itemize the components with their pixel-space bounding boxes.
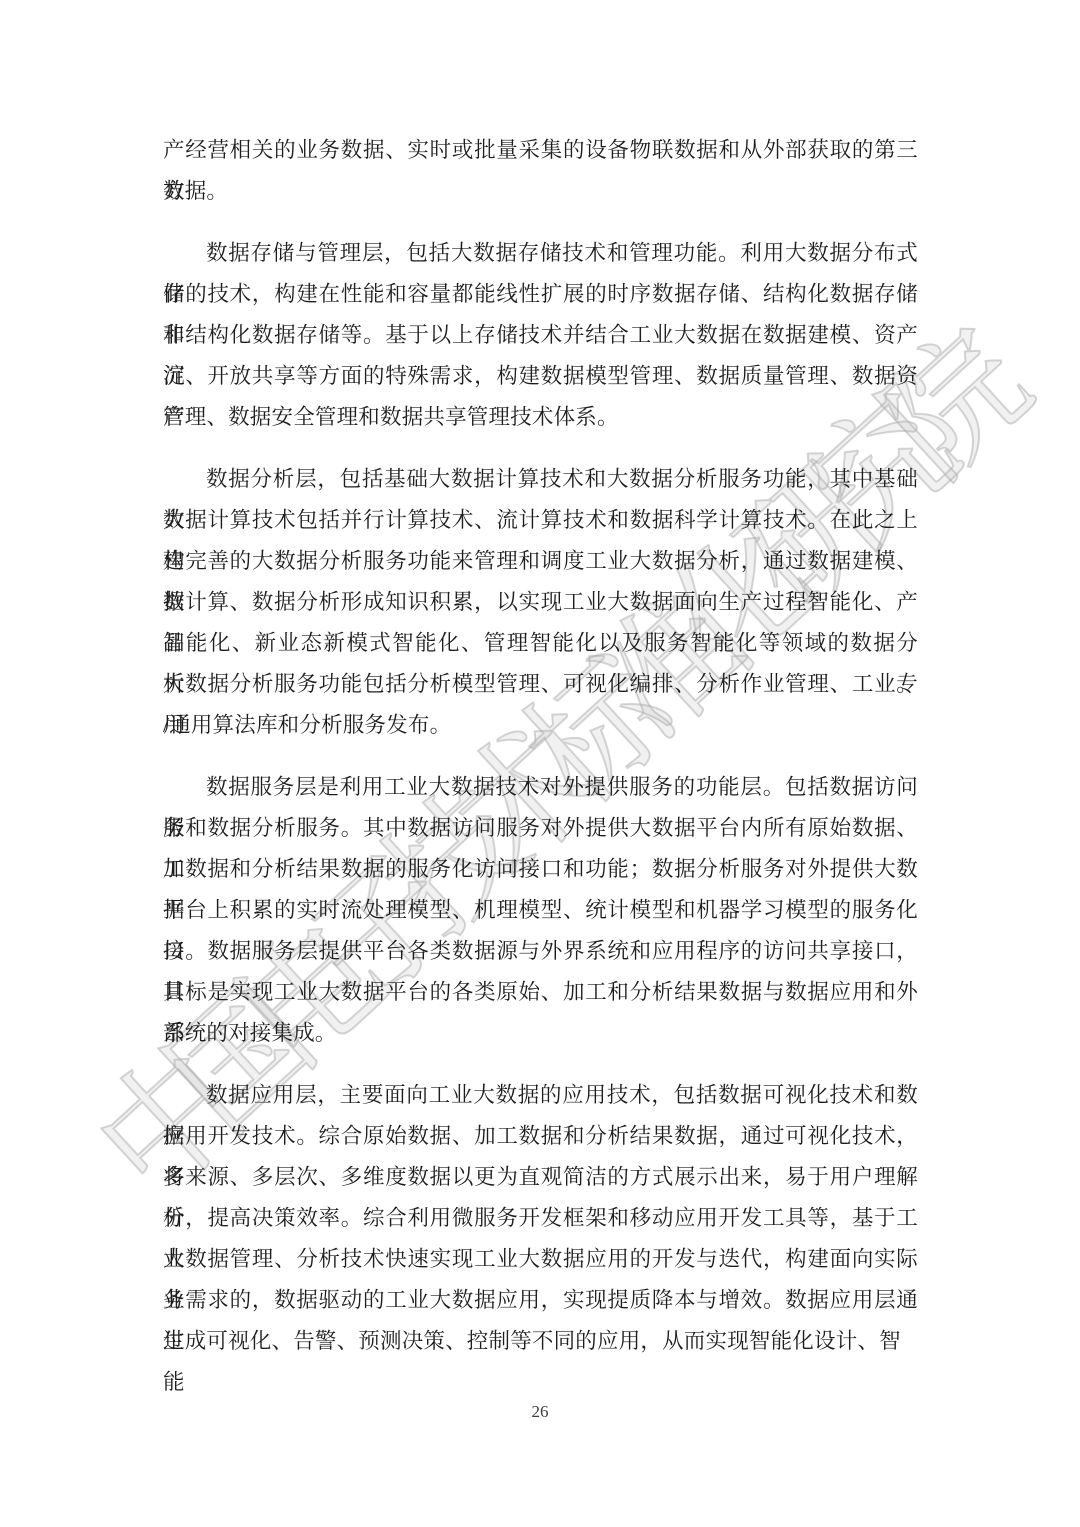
text-line: 据计算、数据分析形成知识积累，以实现工业大数据面向生产过程智能化、产品 <box>163 582 918 623</box>
text-line: 数据分析层，包括基础大数据计算技术和大数据分析服务功能，其中基础大 <box>163 459 918 500</box>
text-line: 务和数据分析服务。其中数据访问服务对外提供大数据平台内所有原始数据、加 <box>163 808 918 849</box>
text-line: 工数据和分析结果数据的服务化访问接口和功能；数据分析服务对外提供大数据 <box>163 849 918 890</box>
text-line: 平台上积累的实时流处理模型、机理模型、统计模型和机器学习模型的服务化接 <box>163 890 918 931</box>
text-line: 数据计算技术包括并行计算技术、流计算技术和数据科学计算技术。在此之上构 <box>163 500 918 541</box>
text-line: 应用开发技术。综合原始数据、加工数据和分析结果数据，通过可视化技术，将 <box>163 1116 918 1157</box>
text-line: /通用算法库和分析服务发布。 <box>163 705 918 746</box>
paragraph: 数据服务层是利用工业大数据技术对外提供服务的功能层。包括数据访问服务和数据分析服… <box>163 767 918 1054</box>
text-line: 数据。 <box>163 171 918 212</box>
text-line: 数据服务层是利用工业大数据技术对外提供服务的功能层。包括数据访问服 <box>163 767 918 808</box>
text-line: 目标是实现工业大数据平台的各类原始、加工和分析结果数据与数据应用和外部 <box>163 972 918 1013</box>
page-number: 26 <box>0 1402 1080 1422</box>
text-line: 非结构化数据存储等。基于以上存储技术并结合工业大数据在数据建模、资产沉 <box>163 315 918 356</box>
text-line: 大数据管理、分析技术快速实现工业大数据应用的开发与迭代，构建面向实际业 <box>163 1239 918 1280</box>
text-line: 口。数据服务层提供平台各类数据源与外界系统和应用程序的访问共享接口，其 <box>163 931 918 972</box>
text-line: 多来源、多层次、多维度数据以更为直观简洁的方式展示出来，易于用户理解分 <box>163 1157 918 1198</box>
text-line: 智能化、新业态新模式智能化、管理智能化以及服务智能化等领域的数据分析。 <box>163 623 918 664</box>
document-page: 中国电子技术标准化研究院 产经营相关的业务数据、实时或批量采集的设备物联数据和从… <box>0 0 1080 1527</box>
text-line: 数据存储与管理层，包括大数据存储技术和管理功能。利用大数据分布式存 <box>163 233 918 274</box>
paragraph: 数据应用层，主要面向工业大数据的应用技术，包括数据可视化技术和数据应用开发技术。… <box>163 1075 918 1362</box>
text-line: 务需求的，数据驱动的工业大数据应用，实现提质降本与增效。数据应用层通过 <box>163 1280 918 1321</box>
text-line: 建完善的大数据分析服务功能来管理和调度工业大数据分析，通过数据建模、数 <box>163 541 918 582</box>
text-line: 管理、数据安全管理和数据共享管理技术体系。 <box>163 397 918 438</box>
text-line: 数据应用层，主要面向工业大数据的应用技术，包括数据可视化技术和数据 <box>163 1075 918 1116</box>
text-line: 系统的对接集成。 <box>163 1013 918 1054</box>
text-line: 产经营相关的业务数据、实时或批量采集的设备物联数据和从外部获取的第三方 <box>163 130 918 171</box>
text-line: 大数据分析服务功能包括分析模型管理、可视化编排、分析作业管理、工业专用 <box>163 664 918 705</box>
text-line: 储的技术，构建在性能和容量都能线性扩展的时序数据存储、结构化数据存储和 <box>163 274 918 315</box>
document-body: 产经营相关的业务数据、实时或批量采集的设备物联数据和从外部获取的第三方数据。数据… <box>163 130 918 1383</box>
paragraph: 数据存储与管理层，包括大数据存储技术和管理功能。利用大数据分布式存储的技术，构建… <box>163 233 918 438</box>
text-line: 淀、开放共享等方面的特殊需求，构建数据模型管理、数据质量管理、数据资产 <box>163 356 918 397</box>
paragraph: 数据分析层，包括基础大数据计算技术和大数据分析服务功能，其中基础大数据计算技术包… <box>163 459 918 746</box>
text-line: 析，提高决策效率。综合利用微服务开发框架和移动应用开发工具等，基于工业 <box>163 1198 918 1239</box>
text-line: 生成可视化、告警、预测决策、控制等不同的应用，从而实现智能化设计、智能 <box>163 1321 918 1362</box>
paragraph: 产经营相关的业务数据、实时或批量采集的设备物联数据和从外部获取的第三方数据。 <box>163 130 918 212</box>
